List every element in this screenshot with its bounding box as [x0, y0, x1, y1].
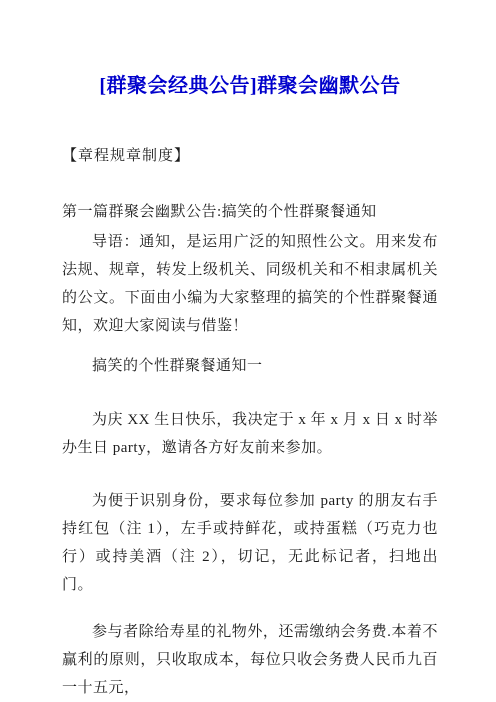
paragraph-body-3: 参与者除给寿星的礼物外，还需缴纳会务费.本着不赢利的原则，只收取成本，每位只收会…: [62, 618, 438, 702]
paragraph-body-1: 为庆 XX 生日快乐，我决定于 x 年 x 月 x 日 x 时举办生日 part…: [62, 406, 438, 462]
paragraph-body-2: 为便于识别身份，要求每位参加 party 的朋友右手持红包（注 1），左手或持鲜…: [62, 487, 438, 599]
paragraph-intro: 导语：通知，是运用广泛的知照性公文。用来发布法规、规章，转发上级机关、同级机关和…: [62, 228, 438, 340]
paragraph-subheading: 搞笑的个性群聚餐通知一: [62, 352, 438, 380]
document-page: [群聚会经典公告]群聚会幽默公告 【章程规章制度】 第一篇群聚会幽默公告:搞笑的…: [0, 0, 496, 702]
section-label: 【章程规章制度】: [62, 142, 438, 170]
chapter-heading: 第一篇群聚会幽默公告:搞笑的个性群聚餐通知: [62, 198, 438, 226]
document-title: [群聚会经典公告]群聚会幽默公告: [62, 72, 438, 100]
